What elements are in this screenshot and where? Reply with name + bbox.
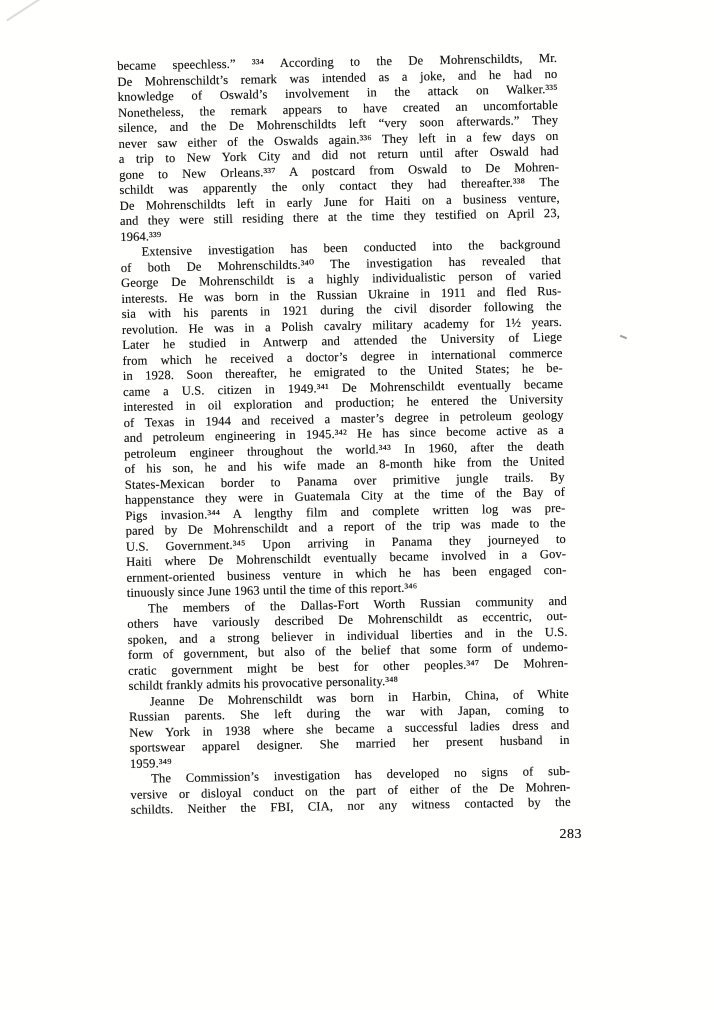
paragraph: The members of the Dallas-Fort Worth Rus… <box>127 593 569 694</box>
scan-artifact-top-left <box>6 0 45 21</box>
paragraph: became speechless.” ³³⁴ According to the… <box>117 51 560 245</box>
page-text: became speechless.” ³³⁴ According to the… <box>117 51 571 818</box>
paragraph: The Commission’s investigation has devel… <box>130 764 571 819</box>
paragraph: Jeanne De Mohrenschildt was born in Harb… <box>129 686 570 772</box>
book-page: became speechless.” ³³⁴ According to the… <box>0 0 714 1010</box>
paragraph: Extensive investigation has been conduct… <box>120 237 566 602</box>
page-number: 283 <box>540 827 582 843</box>
scan-artifact-right-margin <box>620 335 627 339</box>
